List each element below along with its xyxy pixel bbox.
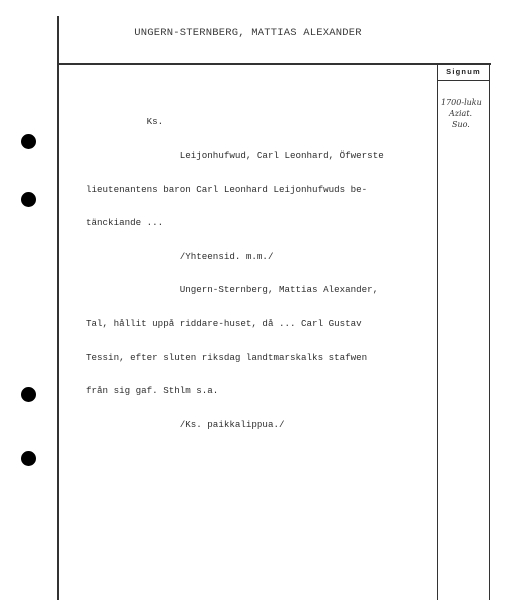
- body-line: lieutenantens baron Carl Leonhard Leijon…: [86, 184, 436, 195]
- body-line: Ks.: [86, 116, 436, 127]
- body-line: tänckiande ...: [86, 217, 436, 228]
- body-line: /Yhteensid. m.m./: [86, 251, 436, 262]
- body-line: Leijonhufwud, Carl Leonhard, Öfwerste: [86, 150, 436, 161]
- signum-label: Signum: [438, 64, 489, 81]
- card-body-text: Ks. Leijonhufwud, Carl Leonhard, Öfwerst…: [86, 94, 436, 452]
- body-line: Tessin, efter sluten riksdag landtmarska…: [86, 352, 436, 363]
- body-line: från sig gaf. Sthlm s.a.: [86, 385, 436, 396]
- catalog-card: UNGERN-STERNBERG, MATTIAS ALEXANDER Sign…: [0, 0, 508, 600]
- punch-hole-icon: [21, 192, 36, 207]
- signum-note-line: 1700-luku: [441, 97, 489, 108]
- body-line: Ungern-Sternberg, Mattias Alexander,: [86, 284, 436, 295]
- signum-note-line: Aziat.: [441, 108, 489, 119]
- body-line: /Ks. paikkalippua./: [86, 419, 436, 430]
- signum-column: Signum 1700-luku Aziat. Suo.: [437, 64, 490, 600]
- punch-hole-icon: [21, 451, 36, 466]
- signum-handwritten-note: 1700-luku Aziat. Suo.: [438, 97, 489, 130]
- card-title: UNGERN-STERNBERG, MATTIAS ALEXANDER: [58, 27, 438, 39]
- card-header-divider: [58, 63, 491, 65]
- body-line: Tal, hållit uppå riddare-huset, då ... C…: [86, 318, 436, 329]
- punch-hole-icon: [21, 134, 36, 149]
- card-left-border: [57, 16, 59, 600]
- punch-hole-icon: [21, 387, 36, 402]
- signum-note-line: Suo.: [441, 119, 489, 130]
